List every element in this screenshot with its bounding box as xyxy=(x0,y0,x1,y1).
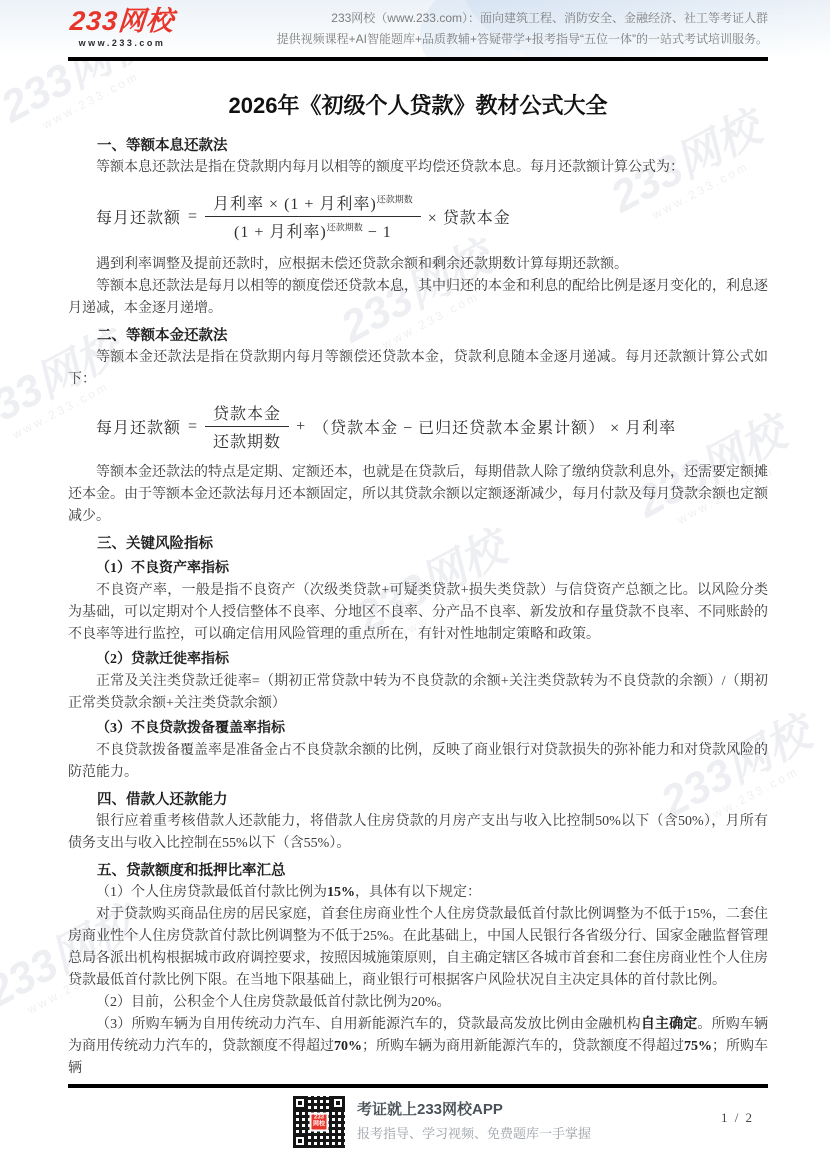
footer-divider xyxy=(68,1084,768,1088)
section3-paragraph: 不良资产率，一般是指不良资产（次级类贷款+可疑类贷款+损失类贷款）与信贷资产总额… xyxy=(68,580,768,646)
fraction-denominator: (1 + 月利率)还款期数 − 1 xyxy=(205,216,421,242)
section1-paragraph: 等额本息还款法是指在贷款期内每月以相等的额度平均偿还贷款本息。每月还款额计算公式… xyxy=(68,157,768,179)
formula-plus: + xyxy=(296,418,306,436)
monthly-payment-formula-annuity: 每月还款额 = 月利率 × (1 + 月利率)还款期数 (1 + 月利率)还款期… xyxy=(96,191,768,242)
formula-fraction: 贷款本金 还款期数 xyxy=(205,401,289,452)
qr-finder-pattern xyxy=(293,1134,307,1148)
section3-paragraph: 正常及关注类贷款迁徙率=（期初正常贷款中转为不良贷款的余额+关注类贷款转为不良贷… xyxy=(68,671,768,715)
section4-paragraph: 银行应着重考核借款人还款能力，将借款人住房贷款的月房产支出与收入比控制50%以下… xyxy=(68,811,768,855)
formula-equals: = xyxy=(188,418,198,436)
section3-subheading2: （2）贷款迁徙率指标 xyxy=(68,649,768,671)
section2-paragraph: 等额本金还款法的特点是定期、定额还本，也就是在贷款后，每期借款人除了缴纳贷款利息… xyxy=(68,462,768,528)
header-tagline-line1: 233网校（www.233.com）：面向建筑工程、消防安全、金融经济、社工等考… xyxy=(277,8,768,29)
document-content: 2026年《初级个人贷款》教材公式大全 一、等额本息还款法 等额本息还款法是指在… xyxy=(0,89,830,1080)
qr-center-logo: 233网校 xyxy=(310,1113,329,1132)
header-tagline-line2: 提供视频课程+AI智能题库+品质教辅+答疑带学+报考指导“五位一体”的一站式考试… xyxy=(277,29,768,50)
page-header: 233网校 www.233.com 233网校（www.233.com）：面向建… xyxy=(0,0,830,57)
fraction-denominator: 还款期数 xyxy=(205,426,289,452)
section3-subheading3: （3）不良贷款拨备覆盖率指标 xyxy=(68,718,768,740)
qr-code: 233网校 xyxy=(293,1096,345,1148)
section1-paragraph: 等额本息还款法是每月以相等的额度偿还贷款本息，其中归还的本金和利息的配给比例是逐… xyxy=(68,276,768,320)
brand-logo-url: www.233.com xyxy=(70,38,174,48)
formula-equals: = xyxy=(188,208,198,226)
header-divider xyxy=(68,57,768,61)
fraction-numerator: 月利率 × (1 + 月利率)还款期数 xyxy=(205,191,421,216)
page-number: 1 / 2 xyxy=(705,1110,770,1126)
section5-paragraph: （2）目前，公积金个人住房贷款最低首付款比例为20%。 xyxy=(68,992,768,1014)
qr-finder-pattern xyxy=(331,1096,345,1110)
section3-heading: 三、关键风险指标 xyxy=(68,533,768,555)
bold-value: 70% xyxy=(334,1039,362,1054)
section3-paragraph: 不良贷款拨备覆盖率是准备金占不良贷款余额的比例，反映了商业银行对贷款损失的弥补能… xyxy=(68,740,768,784)
footer-app-title: 考证就上233网校APP xyxy=(357,1099,591,1121)
formula-tail: （贷款本金 − 已归还贷款本金累计额） × 月利率 xyxy=(313,415,676,438)
numerator-exponent: 还款期数 xyxy=(377,195,413,205)
brand-logo: 233网校 www.233.com xyxy=(70,8,174,48)
footer-app-promo: 考证就上233网校APP 报考指导、学习视频、免费题库一手掌握 xyxy=(357,1099,591,1145)
section5-paragraph: （3）所购车辆为自用传统动力汽车、自用新能源汽车的，贷款最高发放比例由金融机构自… xyxy=(68,1014,768,1080)
section1-paragraph: 遇到利率调整及提前还款时，应根据未偿还贷款余额和剩余还款期数计算每期还款额。 xyxy=(68,254,768,276)
brand-logo-text: 233网校 xyxy=(69,8,175,35)
section1-heading: 一、等额本息还款法 xyxy=(68,135,768,157)
qr-finder-pattern xyxy=(293,1096,307,1110)
footer-app-subtitle: 报考指导、学习视频、免费题库一手掌握 xyxy=(357,1123,591,1145)
denominator-exponent: 还款期数 xyxy=(327,223,363,233)
bold-value: 自主确定 xyxy=(641,1017,698,1032)
section4-heading: 四、借款人还款能力 xyxy=(68,789,768,811)
formula-lhs: 每月还款额 xyxy=(96,415,181,438)
section5-paragraph: （1）个人住房贷款最低首付款比例为15%，具体有以下规定： xyxy=(68,882,768,904)
header-tagline: 233网校（www.233.com）：面向建筑工程、消防安全、金融经济、社工等考… xyxy=(277,8,768,50)
document-title: 2026年《初级个人贷款》教材公式大全 xyxy=(68,89,768,120)
section5-heading: 五、贷款额度和抵押比率汇总 xyxy=(68,860,768,882)
formula-tail: × 贷款本金 xyxy=(428,205,511,228)
fraction-numerator: 贷款本金 xyxy=(205,401,289,426)
formula-fraction: 月利率 × (1 + 月利率)还款期数 (1 + 月利率)还款期数 − 1 xyxy=(205,191,421,242)
bold-value: 15% xyxy=(327,885,355,900)
section3-subheading1: （1）不良资产率指标 xyxy=(68,558,768,580)
monthly-payment-formula-equal-principal: 每月还款额 = 贷款本金 还款期数 + （贷款本金 − 已归还贷款本金累计额） … xyxy=(96,401,768,452)
formula-lhs: 每月还款额 xyxy=(96,205,181,228)
section2-paragraph: 等额本金还款法是指在贷款期内每月等额偿还贷款本金，贷款利息随本金逐月递减。每月还… xyxy=(68,347,768,391)
bold-value: 75% xyxy=(684,1039,712,1054)
section2-heading: 二、等额本金还款法 xyxy=(68,325,768,347)
section5-paragraph: 对于贷款购买商品住房的居民家庭，首套住房商业性个人住房贷款最低首付款比例调整为不… xyxy=(68,904,768,992)
document-page: 233网校www.233.com 233网校www.233.com 233网校w… xyxy=(0,0,830,1175)
